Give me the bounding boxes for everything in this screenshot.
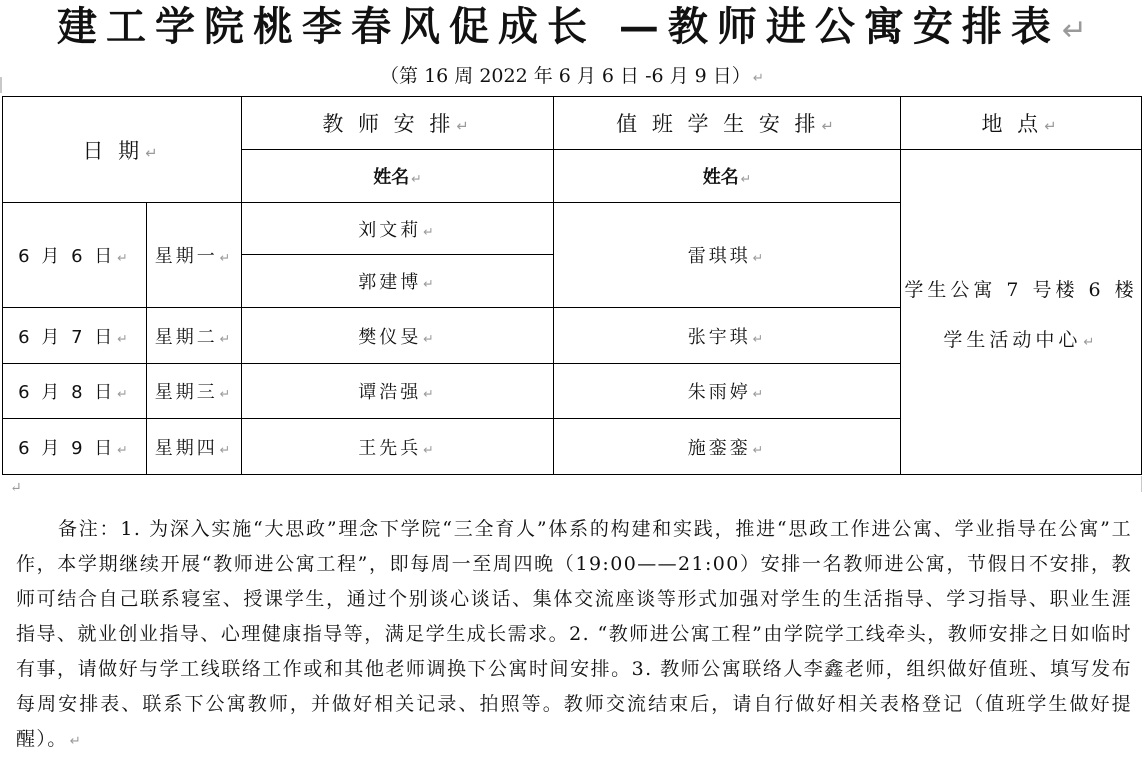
- paragraph-mark-icon: ↵: [220, 442, 234, 457]
- paragraph-mark-icon: ↵: [220, 386, 234, 401]
- date-text: 6 月 6 日: [18, 246, 115, 267]
- weekday-cell: 星期一↵: [147, 203, 242, 308]
- date-cell: 6 月 6 日↵: [3, 203, 147, 308]
- header-student-label: 值 班 学 生 安 排: [616, 112, 819, 136]
- paragraph-mark-icon: ↵: [117, 331, 131, 346]
- student-cell: 张宇琪↵: [554, 308, 901, 364]
- paragraph-mark-icon: ↵: [753, 331, 767, 346]
- paragraph-mark-icon: ↵: [753, 442, 767, 457]
- paragraph-mark-icon: ↵: [1062, 13, 1087, 48]
- header-date: 日 期↵: [3, 97, 242, 203]
- student-cell: 朱雨婷↵: [554, 364, 901, 419]
- teacher-name: 刘文莉: [358, 220, 421, 241]
- teacher-name: 王先兵: [358, 438, 421, 459]
- weekday-text: 星期二: [155, 327, 218, 348]
- date-cell: 6 月 8 日↵: [3, 364, 147, 419]
- header-date-label: 日 期: [83, 139, 144, 163]
- paragraph-mark-icon: ↵: [423, 331, 437, 346]
- paragraph-mark-icon: ↵: [822, 118, 838, 135]
- weekday-text: 星期四: [155, 438, 218, 459]
- location-line-1: 学生公寓 7 号楼 6 楼: [901, 265, 1141, 315]
- paragraph-mark-icon: ↵: [423, 386, 437, 401]
- teacher-cell: 郭建博↵: [242, 255, 554, 308]
- header-row: 日 期↵ 教 师 安 排↵ 值 班 学 生 安 排↵ 地 点↵: [3, 97, 1142, 150]
- paragraph-mark-icon: ↵: [753, 71, 764, 86]
- teacher-cell: 刘文莉↵: [242, 203, 554, 255]
- paragraph-mark-icon: ↵: [1044, 118, 1060, 135]
- paragraph-mark-icon: ↵: [753, 386, 767, 401]
- location-line-2: 学生活动中心↵: [901, 315, 1141, 368]
- teacher-name-label: 姓名: [373, 167, 409, 188]
- date-text: 6 月 9 日: [18, 438, 115, 459]
- paragraph-mark-icon: ↵: [423, 224, 437, 239]
- student-name: 施銮銮: [688, 438, 751, 459]
- paragraph-mark-icon: ↵: [423, 276, 437, 291]
- paragraph-mark-icon: ↵: [753, 250, 767, 265]
- date-cell: 6 月 9 日↵: [3, 419, 147, 475]
- student-name: 张宇琪: [688, 327, 751, 348]
- student-name-label: 姓名: [703, 167, 739, 188]
- header-teacher: 教 师 安 排↵: [242, 97, 554, 150]
- week-range-text: （第 16 周 2022 年 6 月 6 日 -6 月 9 日）: [380, 65, 751, 87]
- weekday-cell: 星期四↵: [147, 419, 242, 475]
- location-line-2-text: 学生活动中心: [943, 329, 1081, 351]
- teacher-cell: 樊仪旻↵: [242, 308, 554, 364]
- paragraph-mark-icon: ↵: [70, 734, 83, 749]
- date-cell: 6 月 7 日↵: [3, 308, 147, 364]
- notes-section: 备注：1. 为深入实施“大思政”理念下学院“三全育人”体系的构建和实践，推进“思…: [16, 512, 1132, 759]
- paragraph-mark-icon: ↵: [741, 171, 752, 186]
- paragraph-mark-icon: ↵: [117, 386, 131, 401]
- student-cell: 施銮銮↵: [554, 419, 901, 475]
- header-student: 值 班 学 生 安 排↵: [554, 97, 901, 150]
- date-text: 6 月 8 日: [18, 382, 115, 403]
- header-location: 地 点↵: [901, 97, 1142, 150]
- paragraph-mark-icon: ↵: [423, 442, 437, 457]
- teacher-name: 郭建博: [358, 272, 421, 293]
- paragraph-mark-icon: ↵: [145, 145, 161, 162]
- location-line-1-text: 学生公寓 7 号楼 6 楼: [904, 279, 1137, 301]
- schedule-table: 日 期↵ 教 师 安 排↵ 值 班 学 生 安 排↵ 地 点↵ 姓名↵ 姓名↵ …: [2, 96, 1142, 475]
- document-subtitle: （第 16 周 2022 年 6 月 6 日 -6 月 9 日）↵: [0, 62, 1144, 93]
- notes-text: 备注：1. 为深入实施“大思政”理念下学院“三全育人”体系的构建和实践，推进“思…: [16, 518, 1132, 750]
- teacher-name: 樊仪旻: [358, 327, 421, 348]
- document-title: 建工学院桃李春风促成长 —教师进公寓安排表↵: [0, 2, 1144, 54]
- header-teacher-label: 教 师 安 排: [322, 112, 454, 136]
- teacher-cell: 谭浩强↵: [242, 364, 554, 419]
- header-student-name: 姓名↵: [554, 150, 901, 203]
- paragraph-mark-icon: ↵: [220, 331, 234, 346]
- student-name: 雷琪琪: [688, 246, 751, 267]
- date-text: 6 月 7 日: [18, 327, 115, 348]
- notes-paragraph: 备注：1. 为深入实施“大思政”理念下学院“三全育人”体系的构建和实践，推进“思…: [16, 512, 1132, 759]
- location-cell: 学生公寓 7 号楼 6 楼 学生活动中心↵: [901, 150, 1142, 475]
- teacher-name: 谭浩强: [358, 382, 421, 403]
- student-cell: 雷琪琪↵: [554, 203, 901, 308]
- paragraph-mark-icon: ↵: [117, 442, 131, 457]
- weekday-text: 星期一: [155, 246, 218, 267]
- header-location-label: 地 点: [982, 112, 1043, 136]
- document-title-text: 建工学院桃李春风促成长 —教师进公寓安排表: [57, 3, 1060, 50]
- teacher-cell: 王先兵↵: [242, 419, 554, 475]
- weekday-cell: 星期二↵: [147, 308, 242, 364]
- student-name: 朱雨婷: [688, 382, 751, 403]
- paragraph-mark-icon: ↵: [456, 118, 472, 135]
- paragraph-mark-icon: ↵: [117, 250, 131, 265]
- paragraph-mark-icon: ↵: [220, 250, 234, 265]
- header-teacher-name: 姓名↵: [242, 150, 554, 203]
- weekday-text: 星期三: [155, 382, 218, 403]
- paragraph-mark-icon: ↵: [10, 480, 22, 496]
- weekday-cell: 星期三↵: [147, 364, 242, 419]
- paragraph-mark-icon: ↵: [1083, 335, 1098, 350]
- paragraph-mark-icon: ↵: [411, 171, 422, 186]
